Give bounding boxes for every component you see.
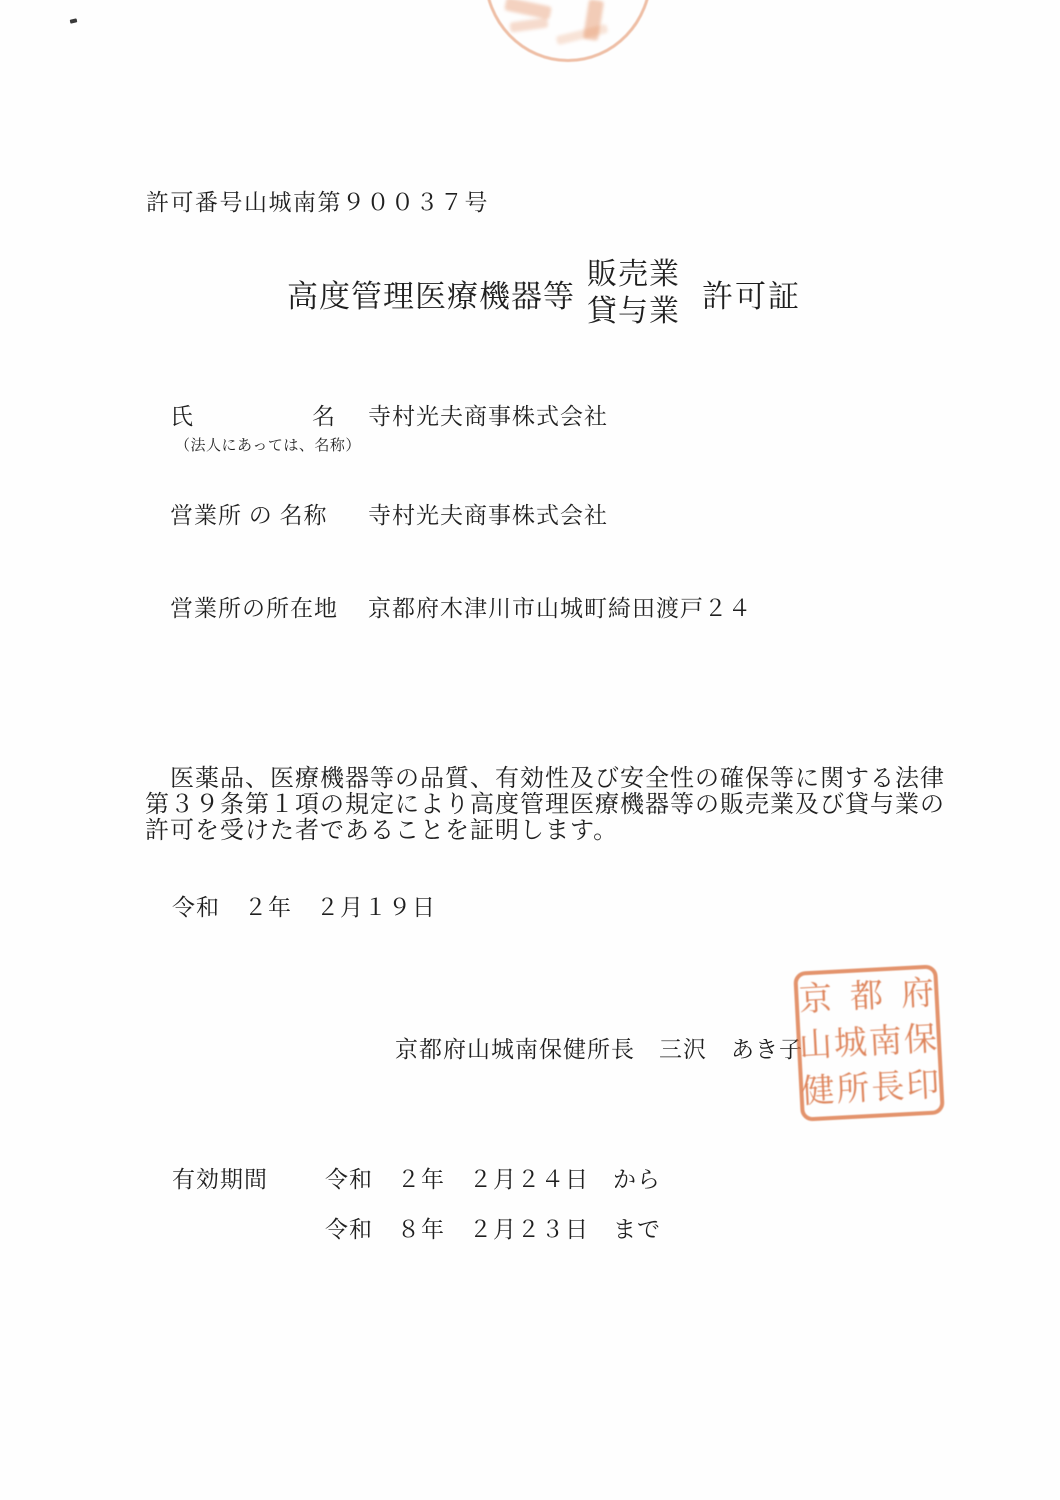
permit-number: 許可番号山城南第９００３７号 <box>146 184 489 217</box>
title-category-lease: 貸与業 <box>587 293 680 330</box>
office-name-label: 営業所 の 名称 <box>170 497 328 530</box>
title-suffix: 許可証 <box>702 271 801 316</box>
office-address-value: 京都府木津川市山城町綺田渡戸２４ <box>368 590 752 623</box>
validity-from: 令和 ２年 ２月２４日 から <box>325 1161 661 1194</box>
validity-label: 有効期間 <box>172 1161 268 1194</box>
issue-date: 令和 ２年 ２月１９日 <box>172 889 436 922</box>
name-label-first: 氏 <box>170 398 194 431</box>
title-category-sales: 販売業 <box>587 256 680 293</box>
document-title: 高度管理医療機器等 販売業 貸与業 許可証 <box>287 256 801 330</box>
scan-speck <box>70 18 78 23</box>
health-center-seal-stamp-icon: 京都府 山城南保 健所長印 <box>793 964 945 1121</box>
name-note: （法人にあっては、名称） <box>175 434 361 455</box>
name-label-last: 名 <box>312 398 336 431</box>
issuer-name: 京都府山城南保健所長 三沢 あき子 <box>395 1031 803 1064</box>
title-category-stack: 販売業 貸与業 <box>587 256 680 330</box>
office-address-label: 営業所の所在地 <box>170 590 338 623</box>
seal-row-2: 山城南保 <box>798 1023 940 1063</box>
office-name-value: 寺村光夫商事株式会社 <box>368 497 608 530</box>
body-line-3: 許可を受けた者であることを証明します。 <box>145 810 618 845</box>
title-subject: 高度管理医療機器等 <box>287 271 575 316</box>
seal-row-1: 京都府 <box>780 976 952 1018</box>
validity-to: 令和 ８年 ２月２３日 まで <box>325 1211 661 1244</box>
name-value: 寺村光夫商事株式会社 <box>368 398 608 431</box>
seal-row-3: 健所長印 <box>801 1069 943 1109</box>
